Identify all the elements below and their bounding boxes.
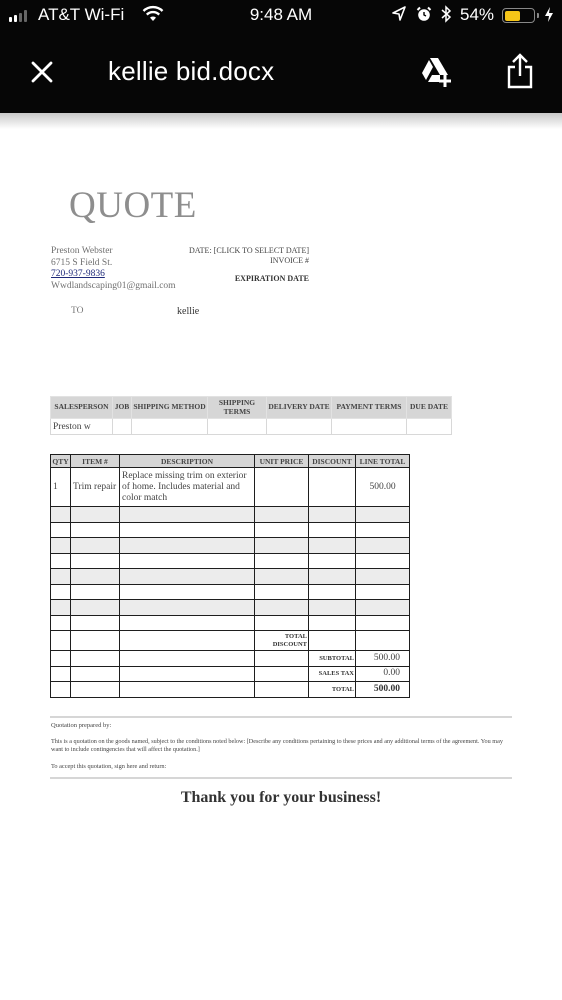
date-field[interactable]: DATE: [CLICK TO SELECT DATE]	[150, 246, 309, 256]
sales-tax-label: SALES TAX	[309, 666, 356, 682]
empty-cell[interactable]	[120, 522, 255, 538]
empty-cell[interactable]	[309, 569, 356, 585]
battery-icon	[502, 8, 535, 23]
app-header: AT&T Wi-Fi 9:48 AM 54% kellie bid.docx	[0, 0, 562, 113]
subtotal-row: SUBTOTAL500.00	[51, 651, 410, 667]
empty-cell[interactable]	[51, 538, 71, 554]
empty-cell[interactable]	[51, 553, 71, 569]
to-label: TO	[71, 306, 84, 316]
add-to-drive-icon[interactable]	[418, 56, 454, 88]
divider	[50, 777, 512, 779]
empty-cell[interactable]	[51, 651, 71, 667]
empty-cell[interactable]	[120, 584, 255, 600]
quote-heading: QUOTE	[69, 184, 197, 227]
total-discount-row: TOTAL DISCOUNT	[51, 631, 410, 651]
sales-header-cell: SHIPPING METHOD	[132, 397, 208, 419]
item-header-cell: DISCOUNT	[309, 455, 356, 468]
table-row	[51, 553, 410, 569]
empty-cell[interactable]	[255, 507, 309, 523]
empty-cell[interactable]	[255, 666, 309, 682]
sales-cell[interactable]	[113, 419, 132, 435]
sales-header-cell: SHIPPING TERMS	[208, 397, 267, 419]
empty-cell[interactable]	[120, 538, 255, 554]
qty-cell[interactable]: 1	[51, 468, 71, 507]
total-discount-value[interactable]	[309, 631, 356, 651]
empty-cell[interactable]	[51, 600, 71, 616]
empty-cell[interactable]	[309, 538, 356, 554]
empty-cell[interactable]	[356, 615, 410, 631]
empty-cell[interactable]	[71, 682, 120, 698]
table-row: 1Trim repairReplace missing trim on exte…	[51, 468, 410, 507]
alarm-icon	[416, 6, 432, 22]
sales-cell[interactable]	[132, 419, 208, 435]
empty-cell[interactable]	[71, 600, 120, 616]
subtotal-label: SUBTOTAL	[309, 651, 356, 667]
sales-header-cell: PAYMENT TERMS	[332, 397, 407, 419]
empty-cell[interactable]	[255, 615, 309, 631]
empty-cell[interactable]	[255, 584, 309, 600]
sales-cell[interactable]	[407, 419, 452, 435]
empty-cell[interactable]	[309, 507, 356, 523]
empty-cell[interactable]	[71, 666, 120, 682]
empty-cell[interactable]	[71, 651, 120, 667]
empty-cell[interactable]	[51, 615, 71, 631]
invoice-label: INVOICE #	[150, 256, 309, 266]
sales-tax-value[interactable]: 0.00	[356, 666, 410, 682]
share-icon[interactable]	[505, 52, 535, 90]
empty-cell[interactable]	[309, 600, 356, 616]
item-header-cell: DESCRIPTION	[120, 455, 255, 468]
item-header-cell: QTY	[51, 455, 71, 468]
empty-cell[interactable]	[255, 682, 309, 698]
sales-tax-row: SALES TAX0.00	[51, 666, 410, 682]
empty-cell[interactable]	[51, 631, 71, 651]
empty-cell[interactable]	[356, 584, 410, 600]
total-discount-label: TOTAL DISCOUNT	[255, 631, 309, 651]
empty-cell[interactable]	[51, 682, 71, 698]
conditions-text: This is a quotation on the goods named, …	[51, 738, 511, 753]
empty-cell[interactable]	[356, 553, 410, 569]
subtotal-value[interactable]: 500.00	[356, 651, 410, 667]
empty-cell[interactable]	[71, 569, 120, 585]
empty-cell[interactable]	[356, 600, 410, 616]
sales-header-cell: SALESPERSON	[51, 397, 113, 419]
total-value[interactable]: 500.00	[356, 682, 410, 698]
discount-cell[interactable]	[309, 468, 356, 507]
empty-cell[interactable]	[51, 584, 71, 600]
accept-text: To accept this quotation, sign here and …	[51, 763, 166, 770]
empty-cell[interactable]	[255, 538, 309, 554]
line-items-table: QTYITEM #DESCRIPTIONUNIT PRICEDISCOUNTLI…	[50, 454, 410, 698]
empty-cell[interactable]	[71, 538, 120, 554]
empty-cell[interactable]	[356, 631, 410, 651]
empty-cell[interactable]	[71, 631, 120, 651]
empty-cell[interactable]	[356, 507, 410, 523]
empty-cell[interactable]	[120, 631, 255, 651]
sales-cell[interactable]: Preston w	[51, 419, 113, 435]
empty-cell[interactable]	[309, 553, 356, 569]
item-header-cell: ITEM #	[71, 455, 120, 468]
to-value: kellie	[177, 306, 199, 317]
table-row	[51, 522, 410, 538]
empty-cell[interactable]	[309, 615, 356, 631]
close-icon[interactable]	[28, 58, 56, 86]
document-title: kellie bid.docx	[108, 56, 274, 87]
unit-price-cell[interactable]	[255, 468, 309, 507]
charging-icon	[544, 6, 554, 23]
table-row	[51, 507, 410, 523]
empty-cell[interactable]	[356, 569, 410, 585]
empty-cell[interactable]	[51, 522, 71, 538]
total-label: TOTAL	[309, 682, 356, 698]
sales-cell[interactable]	[332, 419, 407, 435]
sales-cell[interactable]	[208, 419, 267, 435]
empty-cell[interactable]	[309, 522, 356, 538]
table-row	[51, 600, 410, 616]
expiration-date-label: EXPIRATION DATE	[150, 274, 309, 284]
empty-cell[interactable]	[71, 553, 120, 569]
table-row	[51, 569, 410, 585]
table-row	[51, 615, 410, 631]
empty-cell[interactable]	[51, 507, 71, 523]
sales-cell[interactable]	[267, 419, 332, 435]
item-header-cell: LINE TOTAL	[356, 455, 410, 468]
empty-cell[interactable]	[255, 569, 309, 585]
thank-you-message: Thank you for your business!	[50, 789, 512, 807]
empty-cell[interactable]	[120, 553, 255, 569]
document-page[interactable]: QUOTE Preston Webster 6715 S Field St. 7…	[0, 113, 562, 1000]
empty-cell[interactable]	[255, 553, 309, 569]
status-bar: AT&T Wi-Fi 9:48 AM 54%	[0, 0, 562, 32]
bluetooth-icon	[440, 5, 452, 28]
location-icon	[392, 6, 406, 22]
empty-cell[interactable]	[120, 507, 255, 523]
empty-cell[interactable]	[71, 507, 120, 523]
quote-meta: DATE: [CLICK TO SELECT DATE] INVOICE # E…	[150, 246, 309, 284]
item-header-cell: UNIT PRICE	[255, 455, 309, 468]
empty-cell[interactable]	[356, 522, 410, 538]
empty-cell[interactable]	[255, 600, 309, 616]
total-row: TOTAL500.00	[51, 682, 410, 698]
empty-cell[interactable]	[71, 615, 120, 631]
sales-header-cell: DELIVERY DATE	[267, 397, 332, 419]
sales-header-cell: JOB	[113, 397, 132, 419]
empty-cell[interactable]	[120, 600, 255, 616]
table-row	[51, 538, 410, 554]
description-cell[interactable]: Replace missing trim on exterior of home…	[120, 468, 255, 507]
prepared-by-text: Quotation prepared by:	[51, 722, 111, 729]
empty-cell[interactable]	[120, 666, 255, 682]
empty-cell[interactable]	[120, 615, 255, 631]
empty-cell[interactable]	[356, 538, 410, 554]
empty-cell[interactable]	[255, 522, 309, 538]
empty-cell[interactable]	[51, 666, 71, 682]
line-total-cell[interactable]: 500.00	[356, 468, 410, 507]
table-row	[51, 584, 410, 600]
divider	[50, 716, 512, 718]
empty-cell[interactable]	[120, 682, 255, 698]
empty-cell[interactable]	[255, 651, 309, 667]
item-cell[interactable]: Trim repair	[71, 468, 120, 507]
document-navbar: kellie bid.docx	[0, 40, 562, 108]
sales-header-cell: DUE DATE	[407, 397, 452, 419]
empty-cell[interactable]	[71, 584, 120, 600]
empty-cell[interactable]	[51, 569, 71, 585]
empty-cell[interactable]	[71, 522, 120, 538]
empty-cell[interactable]	[120, 651, 255, 667]
empty-cell[interactable]	[309, 584, 356, 600]
empty-cell[interactable]	[120, 569, 255, 585]
sales-info-table: SALESPERSONJOBSHIPPING METHODSHIPPING TE…	[50, 396, 452, 435]
battery-percent: 54%	[460, 5, 494, 25]
